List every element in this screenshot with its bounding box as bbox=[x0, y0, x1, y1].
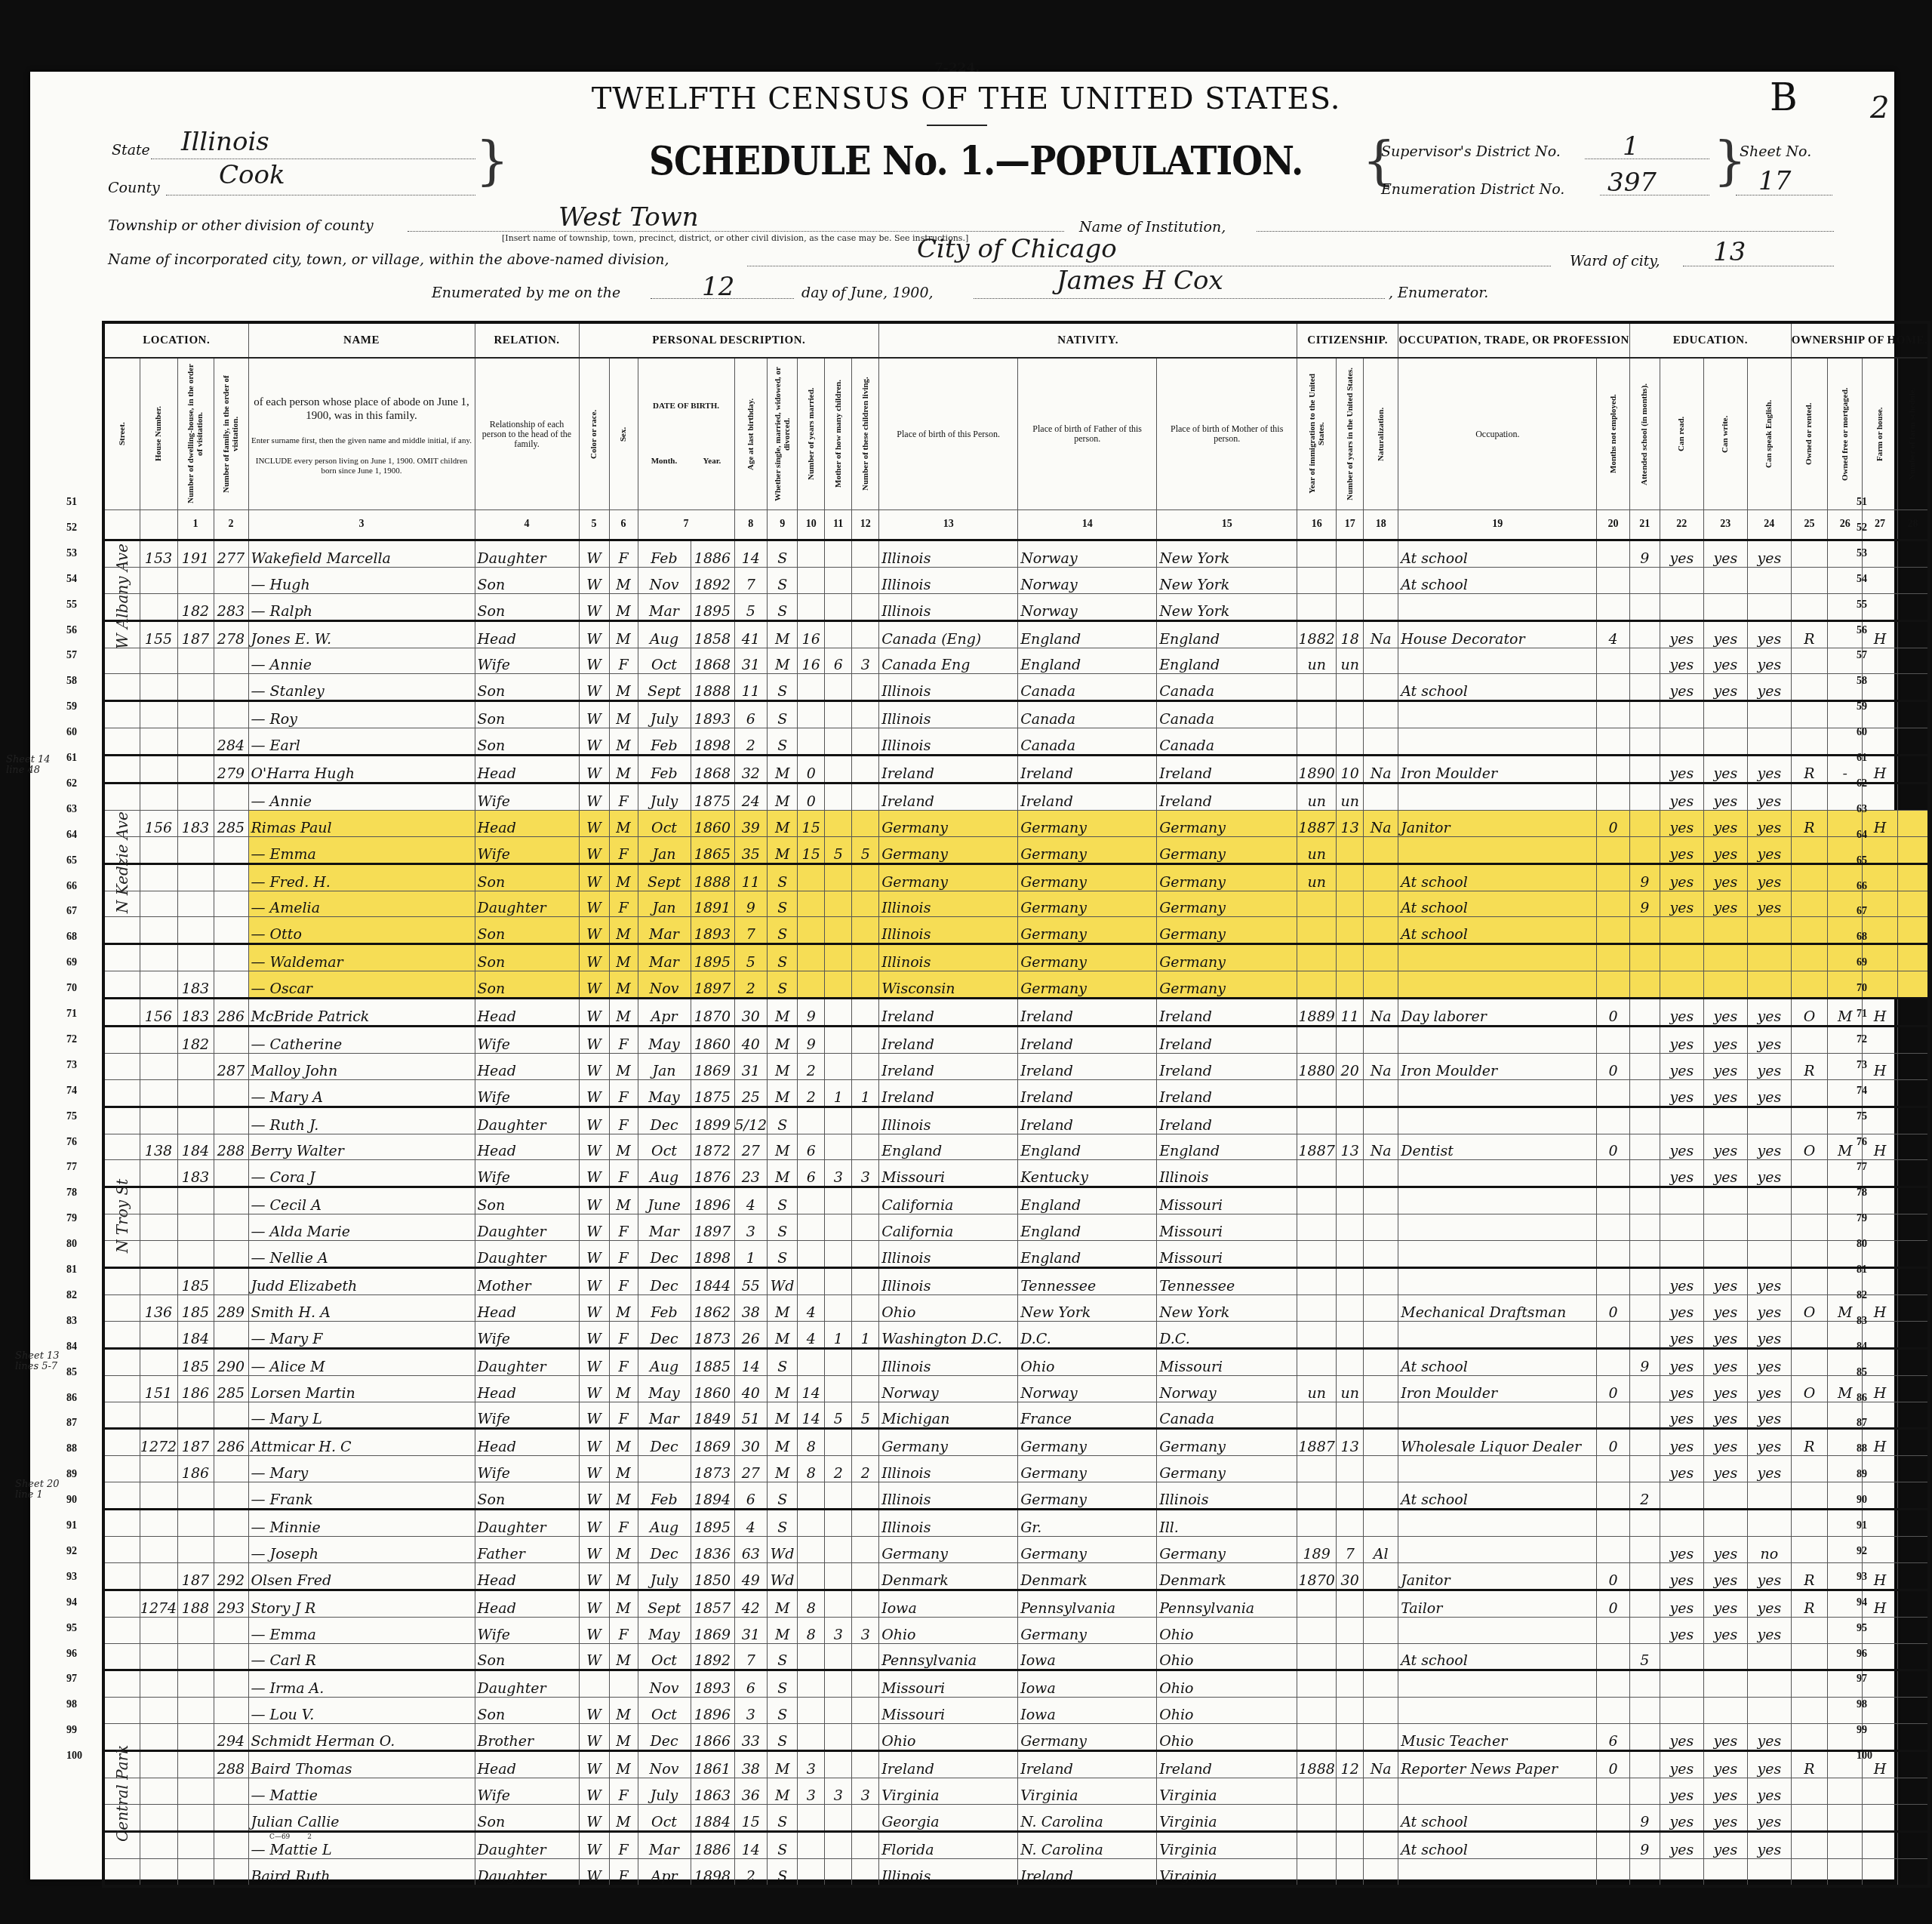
cell-name: — Nellie A bbox=[248, 1241, 475, 1268]
cell-read bbox=[1660, 1643, 1703, 1670]
cell-color: W bbox=[579, 1858, 609, 1886]
census-row-line-61: 156183285Rimas PaulHeadWMOct186039M15Ger… bbox=[103, 810, 1929, 836]
cell-month: Feb bbox=[638, 540, 691, 568]
cell-dwelling bbox=[177, 648, 214, 674]
cell-house: 138 bbox=[140, 1134, 177, 1160]
supervisor-value[interactable]: 1 bbox=[1623, 131, 1639, 162]
cell-dwelling: 187 bbox=[177, 1429, 214, 1456]
cell-natur bbox=[1364, 1402, 1398, 1429]
cell-color: W bbox=[579, 756, 609, 783]
cell-farm bbox=[1863, 971, 1897, 999]
cell-family bbox=[214, 1027, 248, 1054]
cell-yrs-us bbox=[1337, 1617, 1364, 1643]
cell-month: Dec bbox=[638, 1107, 691, 1134]
cell-birth: Germany bbox=[879, 1429, 1018, 1456]
cell-not-employed bbox=[1597, 1510, 1629, 1537]
street-cell bbox=[103, 648, 140, 674]
cell-color: W bbox=[579, 567, 609, 593]
cell-mother-of bbox=[825, 891, 852, 917]
cell-month: Dec bbox=[638, 1321, 691, 1348]
cell-not-employed bbox=[1597, 1617, 1629, 1643]
cell-name: — Mattie bbox=[248, 1778, 475, 1804]
cell-immig bbox=[1297, 701, 1337, 728]
cell-read bbox=[1660, 1482, 1703, 1510]
cell-yrs-married bbox=[798, 1536, 825, 1562]
cell-dwelling: 186 bbox=[177, 1375, 214, 1402]
cell-farm bbox=[1863, 1187, 1897, 1214]
cell-year: 1862 bbox=[691, 1294, 734, 1321]
cell-owned bbox=[1791, 1617, 1827, 1643]
cell-yrs-us bbox=[1337, 1858, 1364, 1886]
cell-living bbox=[852, 1698, 879, 1724]
cell-family: 284 bbox=[214, 728, 248, 756]
cell-owned: R bbox=[1791, 1751, 1827, 1778]
cell-farm-no bbox=[1897, 1402, 1929, 1429]
cell-school bbox=[1629, 1670, 1660, 1698]
cell-owned bbox=[1791, 648, 1827, 674]
cell-color: W bbox=[579, 728, 609, 756]
cell-living bbox=[852, 1536, 879, 1562]
cell-name: — Alda Marie bbox=[248, 1214, 475, 1241]
cell-house bbox=[140, 836, 177, 863]
cell-living bbox=[852, 1670, 879, 1698]
cell-sex: F bbox=[609, 783, 638, 811]
cell-marital: M bbox=[768, 1079, 798, 1107]
cell-immig bbox=[1297, 1456, 1337, 1482]
cell-color: W bbox=[579, 1160, 609, 1187]
cell-yrs-us bbox=[1337, 1643, 1364, 1670]
cell-write bbox=[1703, 1858, 1747, 1886]
cell-relation: Wife bbox=[475, 836, 579, 863]
cell-year: 1849 bbox=[691, 1402, 734, 1429]
cell-farm-no bbox=[1897, 1134, 1929, 1160]
cell-birth: Ireland bbox=[879, 783, 1018, 811]
cell-living bbox=[852, 1187, 879, 1214]
cell-yrs-married: 14 bbox=[798, 1402, 825, 1429]
line-number-right: 87 bbox=[1857, 1418, 1867, 1430]
cell-write: yes bbox=[1703, 1402, 1747, 1429]
cell-read bbox=[1660, 1670, 1703, 1698]
ward-value[interactable]: 13 bbox=[1713, 237, 1746, 267]
col-number-24: 24 bbox=[1747, 510, 1791, 540]
cell-farm bbox=[1863, 1482, 1897, 1510]
cell-not-employed bbox=[1597, 1536, 1629, 1562]
cell-age: 4 bbox=[734, 1187, 768, 1214]
line-number-left: 83 bbox=[66, 1316, 77, 1328]
cell-name: Smith H. A bbox=[248, 1294, 475, 1321]
cell-mother-birth: Tennessee bbox=[1157, 1268, 1297, 1295]
cell-yrs-us: un bbox=[1337, 783, 1364, 811]
line-number-left: 52 bbox=[66, 522, 77, 534]
cell-not-employed bbox=[1597, 1698, 1629, 1724]
cell-yrs-us bbox=[1337, 1294, 1364, 1321]
col-number-20: 20 bbox=[1597, 510, 1629, 540]
cell-month: Mar bbox=[638, 1214, 691, 1241]
line-number-right: 96 bbox=[1857, 1648, 1867, 1661]
cell-immig bbox=[1297, 674, 1337, 701]
cell-house bbox=[140, 1831, 177, 1858]
cell-farm-no bbox=[1897, 1027, 1929, 1054]
cell-father-birth: Canada bbox=[1018, 674, 1157, 701]
cell-father-birth: N. Carolina bbox=[1018, 1831, 1157, 1858]
cell-house bbox=[140, 1027, 177, 1054]
cell-house bbox=[140, 1268, 177, 1295]
cell-farm-no bbox=[1897, 810, 1929, 836]
street-cell bbox=[103, 1429, 140, 1456]
cell-farm bbox=[1863, 1778, 1897, 1804]
cell-owned: R bbox=[1791, 1590, 1827, 1617]
county-label: County bbox=[108, 180, 160, 196]
cell-color: W bbox=[579, 891, 609, 917]
cell-color: W bbox=[579, 1053, 609, 1079]
line-number-right: 80 bbox=[1857, 1239, 1867, 1251]
cell-mother-of bbox=[825, 1348, 852, 1375]
cell-year: 1898 bbox=[691, 728, 734, 756]
county-value[interactable]: Cook bbox=[219, 160, 285, 190]
cell-father-birth: Ireland bbox=[1018, 999, 1157, 1027]
cell-age: 63 bbox=[734, 1536, 768, 1562]
cell-school bbox=[1629, 1698, 1660, 1724]
cell-english: yes bbox=[1747, 810, 1791, 836]
cell-school bbox=[1629, 1536, 1660, 1562]
supervisor-line bbox=[1585, 159, 1709, 159]
cell-write: yes bbox=[1703, 648, 1747, 674]
cell-house bbox=[140, 944, 177, 971]
cell-natur bbox=[1364, 1590, 1398, 1617]
cell-month: Feb bbox=[638, 1482, 691, 1510]
cell-immig bbox=[1297, 1510, 1337, 1537]
cell-yrs-married bbox=[798, 1562, 825, 1590]
cell-write bbox=[1703, 567, 1747, 593]
cell-owned bbox=[1791, 1268, 1827, 1295]
cell-dwelling bbox=[177, 836, 214, 863]
cell-yrs-married bbox=[798, 863, 825, 891]
line-number-right: 54 bbox=[1857, 574, 1867, 586]
col-number-8: 8 bbox=[734, 510, 768, 540]
cell-read: yes bbox=[1660, 1079, 1703, 1107]
line-number-left: 91 bbox=[66, 1520, 77, 1532]
cell-house bbox=[140, 1079, 177, 1107]
cell-yrs-married bbox=[798, 917, 825, 944]
cell-owned: R bbox=[1791, 1562, 1827, 1590]
cell-owned: O bbox=[1791, 1375, 1827, 1402]
cell-yrs-us bbox=[1337, 1348, 1364, 1375]
cell-english: yes bbox=[1747, 1617, 1791, 1643]
cell-yrs-married: 9 bbox=[798, 999, 825, 1027]
cell-farm-no bbox=[1897, 863, 1929, 891]
cell-natur bbox=[1364, 1241, 1398, 1268]
line-number-right: 58 bbox=[1857, 676, 1867, 688]
cell-relation: Wife bbox=[475, 1617, 579, 1643]
cell-birth: Missouri bbox=[879, 1698, 1018, 1724]
cell-occupation: Janitor bbox=[1398, 1562, 1597, 1590]
cell-color: W bbox=[579, 999, 609, 1027]
cell-relation: Brother bbox=[475, 1724, 579, 1751]
cell-not-employed bbox=[1597, 648, 1629, 674]
cell-marital: M bbox=[768, 620, 798, 648]
line-number-left: 55 bbox=[66, 599, 77, 611]
cell-father-birth: Ohio bbox=[1018, 1348, 1157, 1375]
cell-english: yes bbox=[1747, 1321, 1791, 1348]
cell-natur bbox=[1364, 891, 1398, 917]
enumerator-name[interactable]: James H Cox bbox=[1057, 266, 1223, 296]
cell-english: yes bbox=[1747, 1027, 1791, 1054]
sheet-label: Sheet No. bbox=[1740, 143, 1811, 160]
cell-family: 288 bbox=[214, 1134, 248, 1160]
street-cell bbox=[103, 999, 140, 1027]
cell-farm-no bbox=[1897, 540, 1929, 568]
cell-natur bbox=[1364, 944, 1398, 971]
cell-read: yes bbox=[1660, 836, 1703, 863]
cell-not-employed bbox=[1597, 1348, 1629, 1375]
line-number-left: 54 bbox=[66, 574, 77, 586]
census-row-line-78: 185Judd ElizabethMotherWFDec184455WdIlli… bbox=[103, 1268, 1929, 1295]
brace-left: } bbox=[475, 130, 509, 192]
cell-age: 27 bbox=[734, 1456, 768, 1482]
cell-not-employed bbox=[1597, 1107, 1629, 1134]
street-name-street-2: N Kedzie Ave bbox=[113, 811, 131, 913]
cell-read: yes bbox=[1660, 1268, 1703, 1295]
cell-natur bbox=[1364, 1027, 1398, 1054]
cell-owned bbox=[1791, 1510, 1827, 1537]
cell-birth: Canada (Eng) bbox=[879, 620, 1018, 648]
cell-immig bbox=[1297, 1079, 1337, 1107]
cell-birth: Illinois bbox=[879, 674, 1018, 701]
cell-month: Dec bbox=[638, 1536, 691, 1562]
cell-yrs-us bbox=[1337, 1079, 1364, 1107]
cell-father-birth: Germany bbox=[1018, 944, 1157, 971]
cell-mother-birth: Germany bbox=[1157, 891, 1297, 917]
cell-natur bbox=[1364, 1429, 1398, 1456]
cell-family: 293 bbox=[214, 1590, 248, 1617]
cell-owned bbox=[1791, 1456, 1827, 1482]
cell-natur bbox=[1364, 1724, 1398, 1751]
cell-living bbox=[852, 891, 879, 917]
cell-family bbox=[214, 1187, 248, 1214]
cell-write: yes bbox=[1703, 756, 1747, 783]
census-row-line-57: — RoySonWMJuly18936SIllinoisCanadaCanada bbox=[103, 701, 1929, 728]
cell-house bbox=[140, 917, 177, 944]
cell-sex: M bbox=[609, 756, 638, 783]
cell-marital: M bbox=[768, 648, 798, 674]
township-line bbox=[408, 231, 1064, 232]
cell-marital: M bbox=[768, 1617, 798, 1643]
cell-english bbox=[1747, 593, 1791, 620]
cell-yrs-married bbox=[798, 1698, 825, 1724]
cell-house: 155 bbox=[140, 620, 177, 648]
cell-natur: Na bbox=[1364, 810, 1398, 836]
cell-birth: Ireland bbox=[879, 756, 1018, 783]
state-value[interactable]: Illinois bbox=[181, 127, 269, 157]
cell-sex: M bbox=[609, 999, 638, 1027]
cell-dwelling: 187 bbox=[177, 1562, 214, 1590]
col-number-3: 3 bbox=[248, 510, 475, 540]
cell-immig bbox=[1297, 1858, 1337, 1886]
census-row-line-71: — Mary AWifeWFMay187525M211IrelandIrelan… bbox=[103, 1079, 1929, 1107]
cell-living: 5 bbox=[852, 836, 879, 863]
cell-relation: Wife bbox=[475, 1160, 579, 1187]
cell-farm-no bbox=[1897, 1268, 1929, 1295]
cell-read bbox=[1660, 1698, 1703, 1724]
cell-not-employed bbox=[1597, 1268, 1629, 1295]
cell-farm-no bbox=[1897, 728, 1929, 756]
cell-owned bbox=[1791, 783, 1827, 811]
city-value[interactable]: City of Chicago bbox=[917, 234, 1117, 264]
cell-occupation bbox=[1398, 1778, 1597, 1804]
cell-house: 151 bbox=[140, 1375, 177, 1402]
cell-farm bbox=[1863, 1724, 1897, 1751]
cell-color: W bbox=[579, 593, 609, 620]
cell-mother-of: 5 bbox=[825, 1402, 852, 1429]
cell-write: yes bbox=[1703, 1778, 1747, 1804]
cell-immig bbox=[1297, 1670, 1337, 1698]
cell-sex: M bbox=[609, 1724, 638, 1751]
cell-write bbox=[1703, 701, 1747, 728]
enumeration-value[interactable]: 397 bbox=[1607, 168, 1657, 198]
cell-family bbox=[214, 1160, 248, 1187]
cell-farm: H bbox=[1863, 1562, 1897, 1590]
cell-mother-birth: Missouri bbox=[1157, 1214, 1297, 1241]
cell-month: May bbox=[638, 1079, 691, 1107]
cell-mother-birth: Germany bbox=[1157, 810, 1297, 836]
cell-age: 31 bbox=[734, 648, 768, 674]
cell-color: W bbox=[579, 1107, 609, 1134]
cell-age: 14 bbox=[734, 1831, 768, 1858]
cell-age: 38 bbox=[734, 1294, 768, 1321]
cell-name: Malloy John bbox=[248, 1053, 475, 1079]
cell-immig bbox=[1297, 944, 1337, 971]
cell-house bbox=[140, 1724, 177, 1751]
cell-father-birth: Ireland bbox=[1018, 1107, 1157, 1134]
cell-mother-of bbox=[825, 1562, 852, 1590]
cell-natur: Al bbox=[1364, 1536, 1398, 1562]
cell-mother-birth: Virginia bbox=[1157, 1858, 1297, 1886]
col-header-16: Year of immigration to the United States… bbox=[1297, 358, 1337, 510]
cell-year: 1898 bbox=[691, 1858, 734, 1886]
line-number-right: 52 bbox=[1857, 522, 1867, 534]
cell-marital: M bbox=[768, 1160, 798, 1187]
cell-yrs-us bbox=[1337, 1724, 1364, 1751]
cell-school bbox=[1629, 1241, 1660, 1268]
township-value[interactable]: West Town bbox=[558, 202, 699, 232]
cell-house bbox=[140, 567, 177, 593]
cell-owned bbox=[1791, 1858, 1827, 1886]
sheet-value[interactable]: 17 bbox=[1758, 166, 1791, 196]
cell-marital: M bbox=[768, 1134, 798, 1160]
cell-color: W bbox=[579, 1751, 609, 1778]
cell-farm-no bbox=[1897, 701, 1929, 728]
cell-sex: F bbox=[609, 1858, 638, 1886]
cell-mother-of bbox=[825, 674, 852, 701]
col-header-1: Number of dwelling-house, in the order o… bbox=[177, 358, 214, 510]
cell-mother-of bbox=[825, 1536, 852, 1562]
street-cell bbox=[103, 1698, 140, 1724]
cell-read: yes bbox=[1660, 1429, 1703, 1456]
cell-not-employed: 4 bbox=[1597, 620, 1629, 648]
cell-yrs-us bbox=[1337, 1107, 1364, 1134]
cell-write: yes bbox=[1703, 1160, 1747, 1187]
cell-father-birth: Tennessee bbox=[1018, 1268, 1157, 1295]
enumerated-day[interactable]: 12 bbox=[702, 272, 734, 302]
line-number-right: 90 bbox=[1857, 1495, 1867, 1507]
cell-month: July bbox=[638, 783, 691, 811]
cell-mother-birth: Ohio bbox=[1157, 1670, 1297, 1698]
cell-yrs-us bbox=[1337, 1510, 1364, 1537]
cell-farm bbox=[1863, 1348, 1897, 1375]
cell-occupation bbox=[1398, 1027, 1597, 1054]
line-number-right: 62 bbox=[1857, 778, 1867, 790]
cell-house bbox=[140, 593, 177, 620]
cell-owned bbox=[1791, 1778, 1827, 1804]
cell-mother-birth: Canada bbox=[1157, 674, 1297, 701]
line-number-right: 61 bbox=[1857, 753, 1867, 765]
cell-yrs-us bbox=[1337, 1456, 1364, 1482]
cell-year: 1872 bbox=[691, 1134, 734, 1160]
cell-write bbox=[1703, 1670, 1747, 1698]
cell-natur bbox=[1364, 1698, 1398, 1724]
cell-birth: Missouri bbox=[879, 1670, 1018, 1698]
cell-birth: Washington D.C. bbox=[879, 1321, 1018, 1348]
cell-family: 287 bbox=[214, 1053, 248, 1079]
cell-mother-of bbox=[825, 701, 852, 728]
cell-owned: O bbox=[1791, 1294, 1827, 1321]
cell-farm-no bbox=[1897, 674, 1929, 701]
cell-age: 32 bbox=[734, 756, 768, 783]
street-cell bbox=[103, 1590, 140, 1617]
cell-family bbox=[214, 863, 248, 891]
cell-house bbox=[140, 674, 177, 701]
col-number-18: 18 bbox=[1364, 510, 1398, 540]
cell-farm-no bbox=[1897, 891, 1929, 917]
cell-english bbox=[1747, 1482, 1791, 1510]
col-header-11: Mother of how many children. bbox=[825, 358, 852, 510]
cell-color: W bbox=[579, 1562, 609, 1590]
cell-family bbox=[214, 1107, 248, 1134]
cell-school bbox=[1629, 944, 1660, 971]
cell-not-employed bbox=[1597, 1160, 1629, 1187]
cell-mother-of: 2 bbox=[825, 1456, 852, 1482]
cell-write: yes bbox=[1703, 1804, 1747, 1831]
cell-year: 1875 bbox=[691, 1079, 734, 1107]
cell-owned bbox=[1791, 891, 1827, 917]
cell-sex: F bbox=[609, 1402, 638, 1429]
line-number-left: 88 bbox=[66, 1443, 77, 1455]
cell-birth: Illinois bbox=[879, 1107, 1018, 1134]
census-row-line-95: 294Schmidt Herman O.BrotherWMDec186633SO… bbox=[103, 1724, 1929, 1751]
cell-living bbox=[852, 1751, 879, 1778]
cell-immig: 1887 bbox=[1297, 1134, 1337, 1160]
cell-not-employed bbox=[1597, 540, 1629, 568]
cell-occupation bbox=[1398, 1187, 1597, 1214]
cell-farm bbox=[1863, 1670, 1897, 1698]
cell-write bbox=[1703, 1643, 1747, 1670]
line-number-left: 98 bbox=[66, 1699, 77, 1711]
cell-house bbox=[140, 1858, 177, 1886]
cell-name: Attmicar H. C bbox=[248, 1429, 475, 1456]
cell-immig: 1882 bbox=[1297, 620, 1337, 648]
cell-sex: M bbox=[609, 1053, 638, 1079]
cell-write: yes bbox=[1703, 863, 1747, 891]
street-cell bbox=[103, 674, 140, 701]
cell-occupation: Reporter News Paper bbox=[1398, 1751, 1597, 1778]
cell-house bbox=[140, 971, 177, 999]
cell-mother-of bbox=[825, 1670, 852, 1698]
cell-yrs-us: 13 bbox=[1337, 1429, 1364, 1456]
cell-dwelling: 188 bbox=[177, 1590, 214, 1617]
cell-farm-no bbox=[1897, 1804, 1929, 1831]
census-row-line-89: 187292Olsen FredHeadWMJuly185049WdDenmar… bbox=[103, 1562, 1929, 1590]
cell-yrs-married: 6 bbox=[798, 1134, 825, 1160]
